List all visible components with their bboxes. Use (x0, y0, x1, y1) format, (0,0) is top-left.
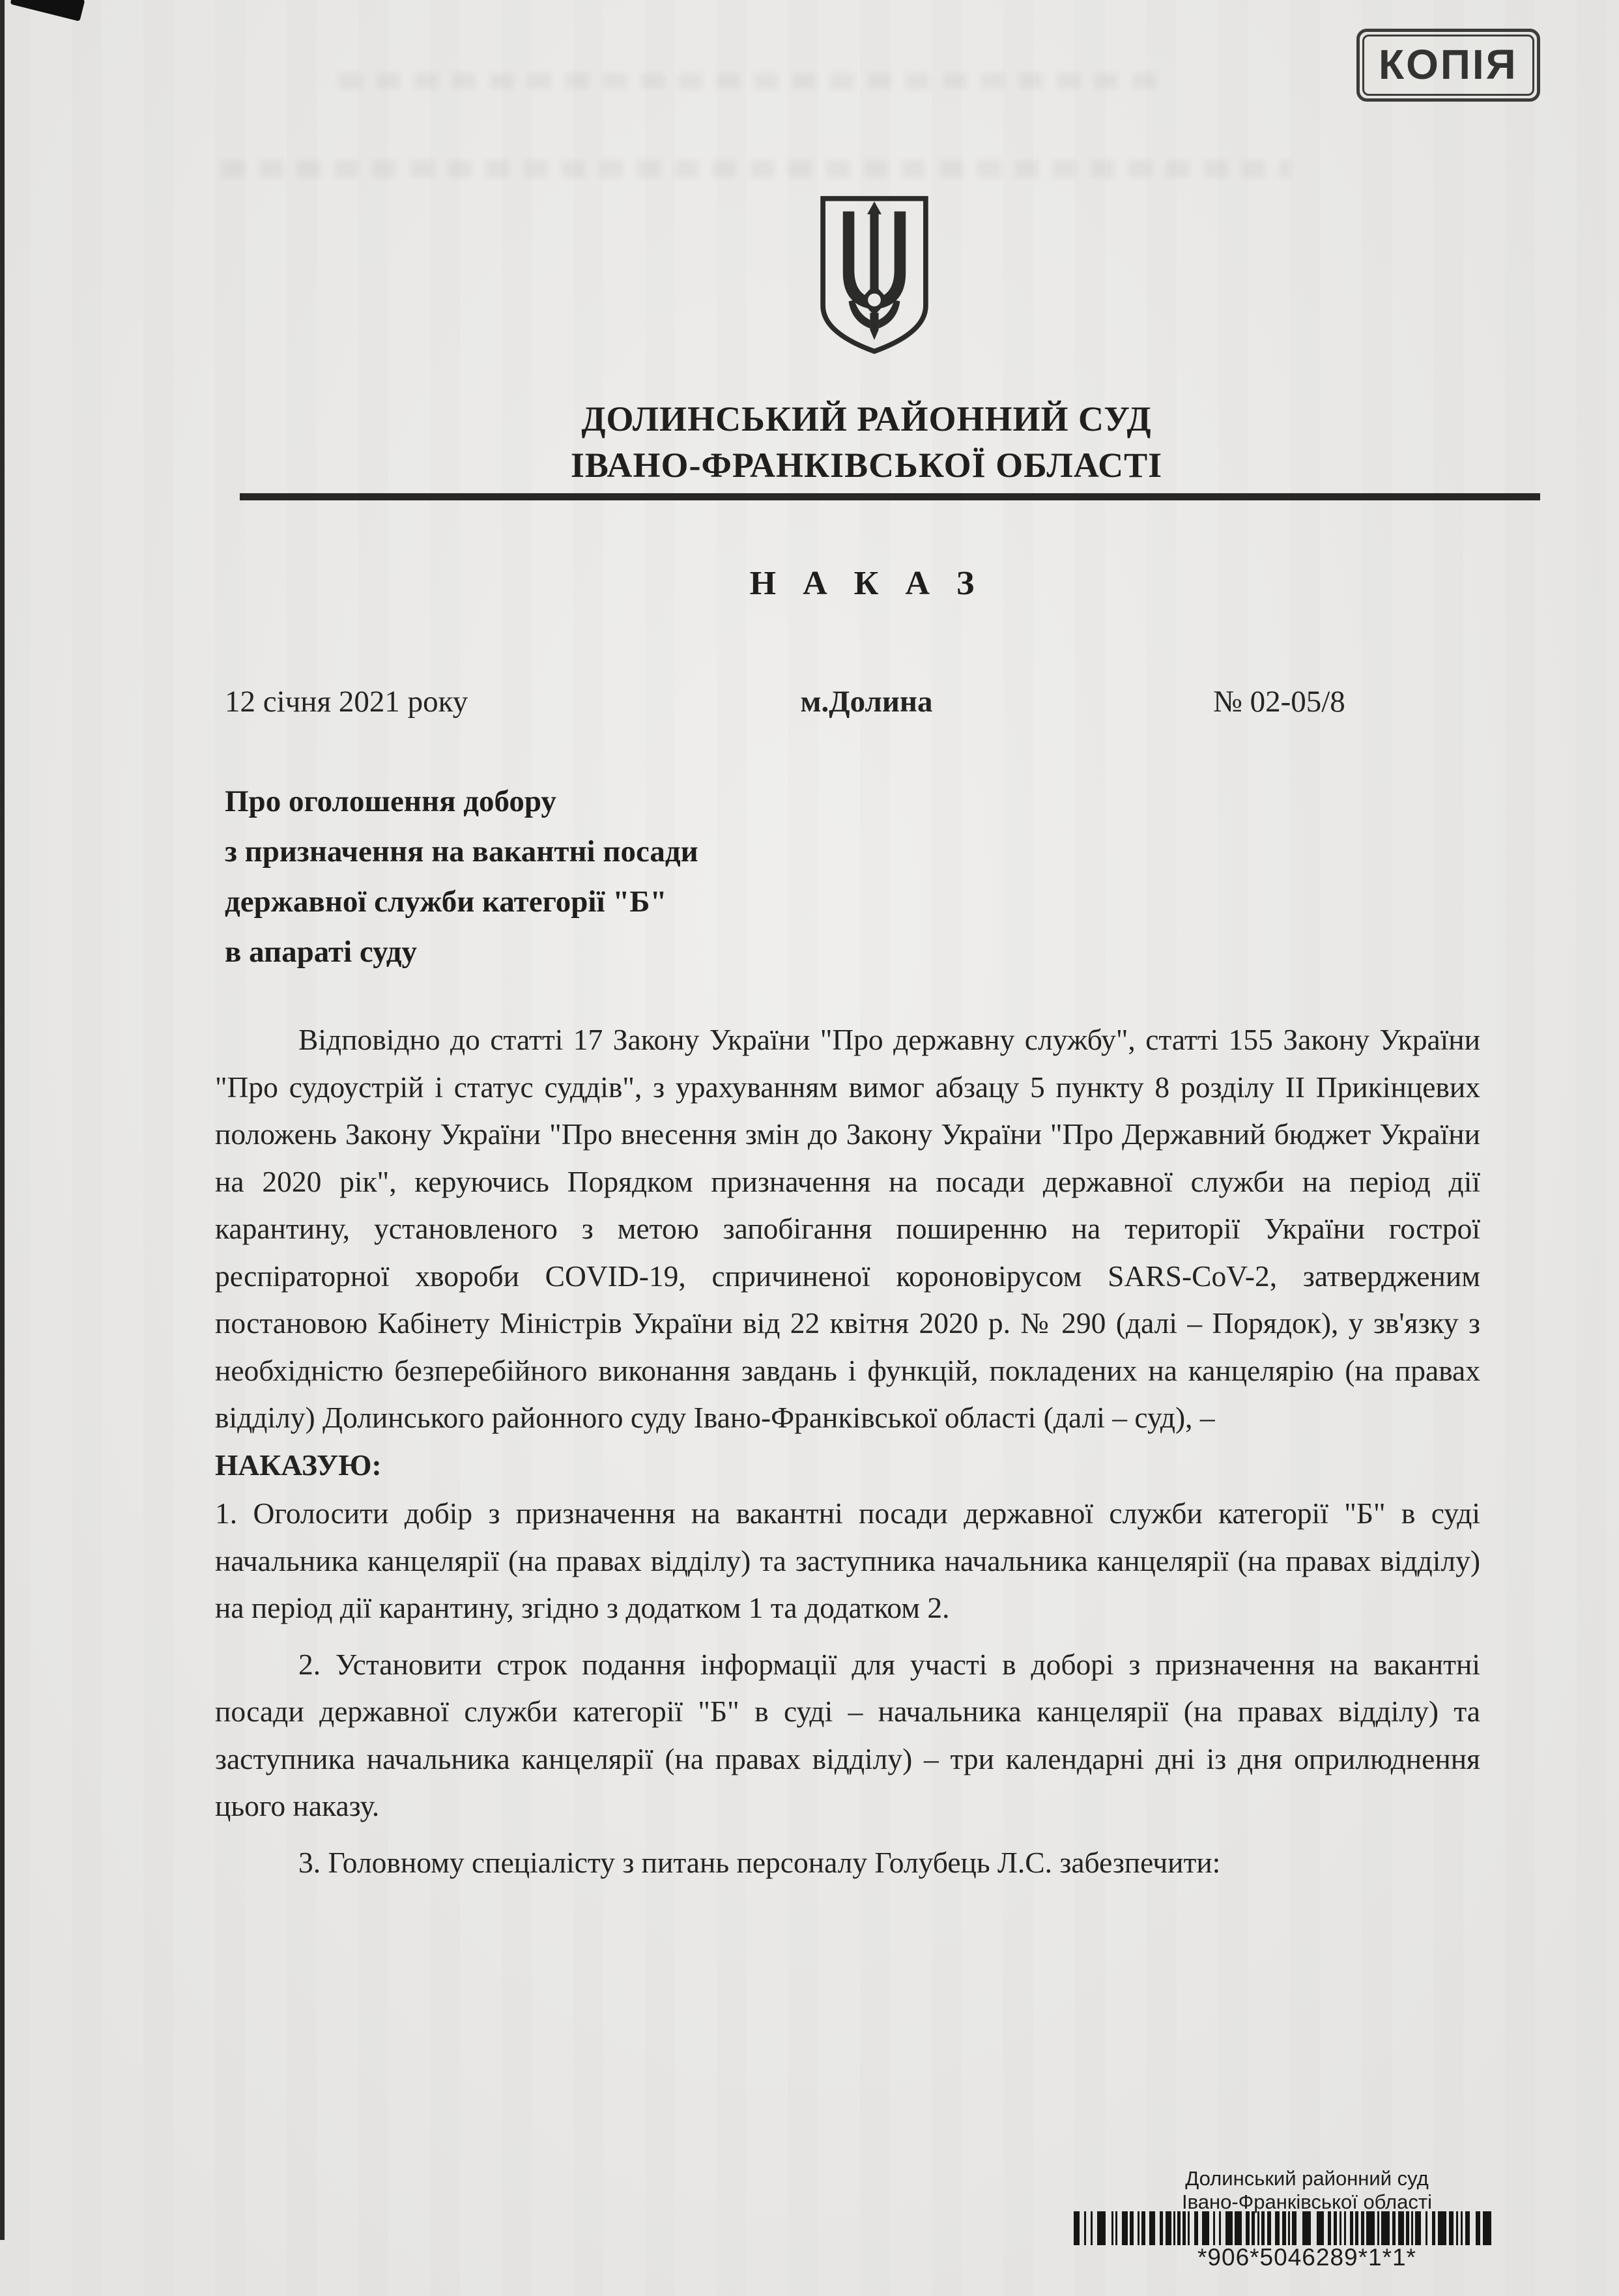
barcode-bar (1252, 2211, 1255, 2245)
letterhead: ДОЛИНСЬКИЙ РАЙОННИЙ СУД ІВАНО-ФРАНКІВСЬК… (228, 396, 1505, 489)
barcode-bar (1282, 2211, 1286, 2245)
barcode-bar (1177, 2211, 1181, 2245)
barcode-number: *906*5046289*1*1* (1108, 2244, 1506, 2271)
barcode-bar (1097, 2211, 1106, 2245)
barcode-bar (1411, 2211, 1413, 2245)
barcode-bar (1235, 2211, 1242, 2245)
order-item-2: 2. Установити строк подання інформації д… (215, 1641, 1480, 1830)
barcode-bar (1288, 2211, 1290, 2245)
barcode-bar (1111, 2211, 1113, 2245)
barcode-bar (1377, 2211, 1379, 2245)
copy-stamp: КОПІЯ (1356, 29, 1540, 102)
subject-line: в апараті суду (225, 927, 1137, 977)
barcode-bar (1426, 2211, 1427, 2245)
barcode-bar (1392, 2211, 1396, 2245)
barcode-bar (1366, 2211, 1375, 2245)
scanned-court-order-page: КОПІЯ ДОЛИНСЬКИЙ РАЙОННИЙ СУД ІВАНО-ФРАН… (0, 0, 1619, 2296)
bleedthrough-artifact (222, 160, 1290, 177)
barcode-bar (1292, 2211, 1297, 2245)
order-item-3: 3. Головному спеціалісту з питань персон… (215, 1839, 1480, 1887)
barcode-bar (1456, 2211, 1458, 2245)
barcode-bar (1334, 2211, 1337, 2245)
subject-line: Про оголошення добору (225, 777, 1137, 827)
barcode-bar (1381, 2211, 1390, 2245)
copy-stamp-label: КОПІЯ (1379, 42, 1518, 87)
scan-edge-artifact (0, 0, 5, 2240)
barcode-bar (1355, 2211, 1358, 2245)
barcode-bar (1091, 2211, 1093, 2245)
barcode-bar (1213, 2211, 1215, 2245)
barcode-bar (1476, 2211, 1480, 2245)
barcode-bar (1302, 2211, 1311, 2245)
barcode-bar (1194, 2211, 1198, 2245)
barcode-bar (1173, 2211, 1175, 2245)
barcode-bar (1160, 2211, 1163, 2245)
barcode-bar (1115, 2211, 1117, 2245)
order-item-1: 1. Оголосити добір з призначення на вака… (215, 1490, 1480, 1632)
barcode-bar (1246, 2211, 1250, 2245)
barcode-bar (1432, 2211, 1435, 2245)
barcode-bar (1449, 2211, 1454, 2245)
barcode-bar (1219, 2211, 1221, 2245)
barcode-bar (1275, 2211, 1280, 2245)
copy-stamp-inner-border: КОПІЯ (1362, 35, 1534, 96)
bleedthrough-artifact (339, 73, 1160, 89)
barcode-bar (1438, 2211, 1446, 2245)
barcode-bar (1225, 2211, 1233, 2245)
subject-line: з призначення на вакантні посади (225, 827, 1137, 877)
header-divider (240, 493, 1540, 500)
barcode-bar (1122, 2211, 1128, 2245)
preamble-paragraph: Відповідно до статті 17 Закону України "… (215, 1016, 1480, 1442)
barcode-bar (1344, 2211, 1346, 2245)
doc-type-wrap: Н А К А З (228, 564, 1505, 603)
barcode-bar (1257, 2211, 1259, 2245)
barcode-bar (1317, 2211, 1324, 2245)
subject-line: державної служби категорії "Б" (225, 877, 1137, 927)
date-row: 12 січня 2021 року м.Долина № 02-05/8 (0, 684, 1619, 730)
barcode-bar (1261, 2211, 1265, 2245)
order-body: Відповідно до статті 17 Закону України "… (215, 1016, 1480, 1886)
barcode-bar (1166, 2211, 1171, 2245)
court-name-line2: ІВАНО-ФРАНКІВСЬКОЇ ОБЛАСТІ (228, 442, 1505, 489)
ukraine-trident-emblem-icon (816, 193, 932, 357)
barcode-bar (1141, 2211, 1145, 2245)
footer-court-line2: Івано-Франківської області (1108, 2190, 1506, 2214)
order-subject: Про оголошення добору з призначення на в… (225, 777, 1137, 977)
barcode-bar (1350, 2211, 1353, 2245)
barcode-bar (1461, 2211, 1463, 2245)
barcode-bar (1406, 2211, 1409, 2245)
barcode-bar (1340, 2211, 1341, 2245)
barcode-bar (1084, 2211, 1086, 2245)
footer-court-label: Долинський районний суд Івано-Франківськ… (1108, 2167, 1506, 2214)
doc-type-title: Н А К А З (750, 565, 984, 602)
barcode-bar (1361, 2211, 1364, 2245)
barcode-bar (1328, 2211, 1331, 2245)
barcode-bar (1130, 2211, 1134, 2245)
barcode-bar (1465, 2211, 1470, 2245)
barcode-bar (1188, 2211, 1190, 2245)
barcode-bar (1483, 2211, 1491, 2245)
order-number: № 02-05/8 (1213, 684, 1345, 719)
barcode (1074, 2211, 1495, 2245)
barcode-bar (1398, 2211, 1404, 2245)
scan-corner-artifact (10, 0, 85, 22)
court-name-line1: ДОЛИНСЬКИЙ РАЙОННИЙ СУД (228, 396, 1505, 442)
barcode-bar (1415, 2211, 1421, 2245)
barcode-bar (1138, 2211, 1139, 2245)
footer-court-line1: Долинський районний суд (1108, 2167, 1506, 2190)
barcode-bar (1149, 2211, 1155, 2245)
barcode-bar (1074, 2211, 1080, 2245)
barcode-bar (1267, 2211, 1271, 2245)
barcode-bar (1182, 2211, 1186, 2245)
barcode-bar (1202, 2211, 1209, 2245)
resolution-word: НАКАЗУЮ: (215, 1442, 1480, 1489)
